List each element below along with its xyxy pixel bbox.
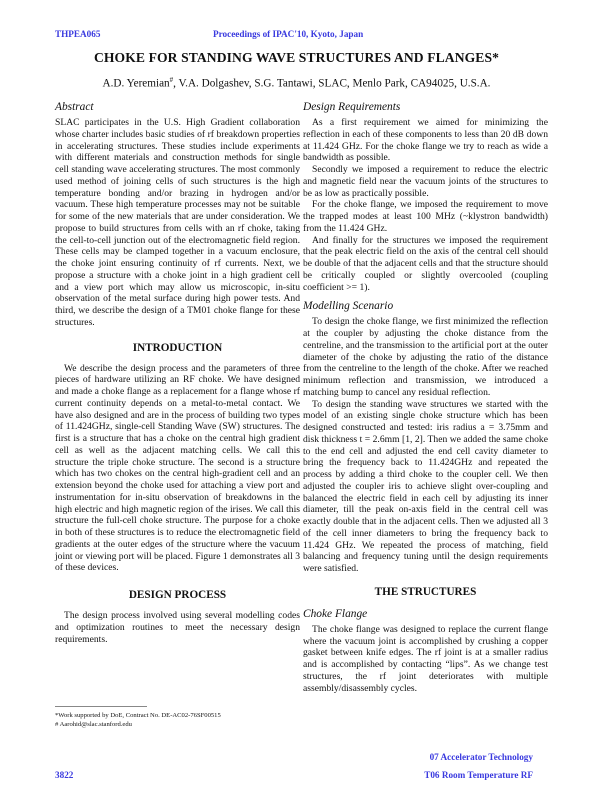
requirement-paragraph: And finally for the structures we impose…	[303, 235, 548, 294]
right-column: Design Requirements As a first requireme…	[303, 100, 548, 694]
modelling-paragraph: To design the standing wave structures w…	[303, 399, 548, 575]
modelling-paragraph: To design the choke flange, we first min…	[303, 316, 548, 398]
first-author: A.D. Yeremian	[103, 78, 170, 90]
other-authors: , V.A. Dolgashev, S.G. Tantawi, SLAC, Me…	[173, 78, 490, 90]
footnote-divider	[55, 706, 147, 707]
footer-category: 07 Accelerator Technology	[430, 752, 533, 762]
design-requirements-heading: Design Requirements	[303, 100, 548, 114]
choke-flange-heading: Choke Flange	[303, 607, 548, 621]
paper-id: THPEA065	[55, 29, 100, 39]
design-process-text: The design process involved using severa…	[55, 610, 300, 645]
authors-line: A.D. Yeremian#, V.A. Dolgashev, S.G. Tan…	[0, 76, 593, 90]
footer-subcategory: T06 Room Temperature RF	[424, 770, 533, 780]
choke-flange-text: The choke flange was designed to replace…	[303, 624, 548, 695]
requirement-paragraph: For the choke flange, we imposed the req…	[303, 199, 548, 234]
page-number: 3822	[55, 770, 73, 780]
design-process-heading: DESIGN PROCESS	[55, 588, 300, 602]
requirement-paragraph: Secondly we imposed a requirement to red…	[303, 164, 548, 199]
funding-footnote: *Work supported by DoE, Contract No. DE-…	[55, 711, 300, 720]
abstract-heading: Abstract	[55, 100, 300, 114]
modelling-heading: Modelling Scenario	[303, 299, 548, 313]
abstract-text: SLAC participates in the U.S. High Gradi…	[55, 117, 300, 329]
structures-heading: THE STRUCTURES	[303, 585, 548, 599]
introduction-heading: INTRODUCTION	[55, 341, 300, 355]
introduction-text: We describe the design process and the p…	[55, 363, 300, 575]
footnotes: *Work supported by DoE, Contract No. DE-…	[55, 706, 300, 729]
contact-footnote: # Aarohid@slac.stanford.edu	[55, 720, 300, 729]
paper-title: CHOKE FOR STANDING WAVE STRUCTURES AND F…	[0, 50, 593, 66]
requirement-paragraph: As a first requirement we aimed for mini…	[303, 117, 548, 164]
proceedings-header: Proceedings of IPAC'10, Kyoto, Japan	[213, 29, 363, 39]
left-column: Abstract SLAC participates in the U.S. H…	[55, 100, 300, 645]
